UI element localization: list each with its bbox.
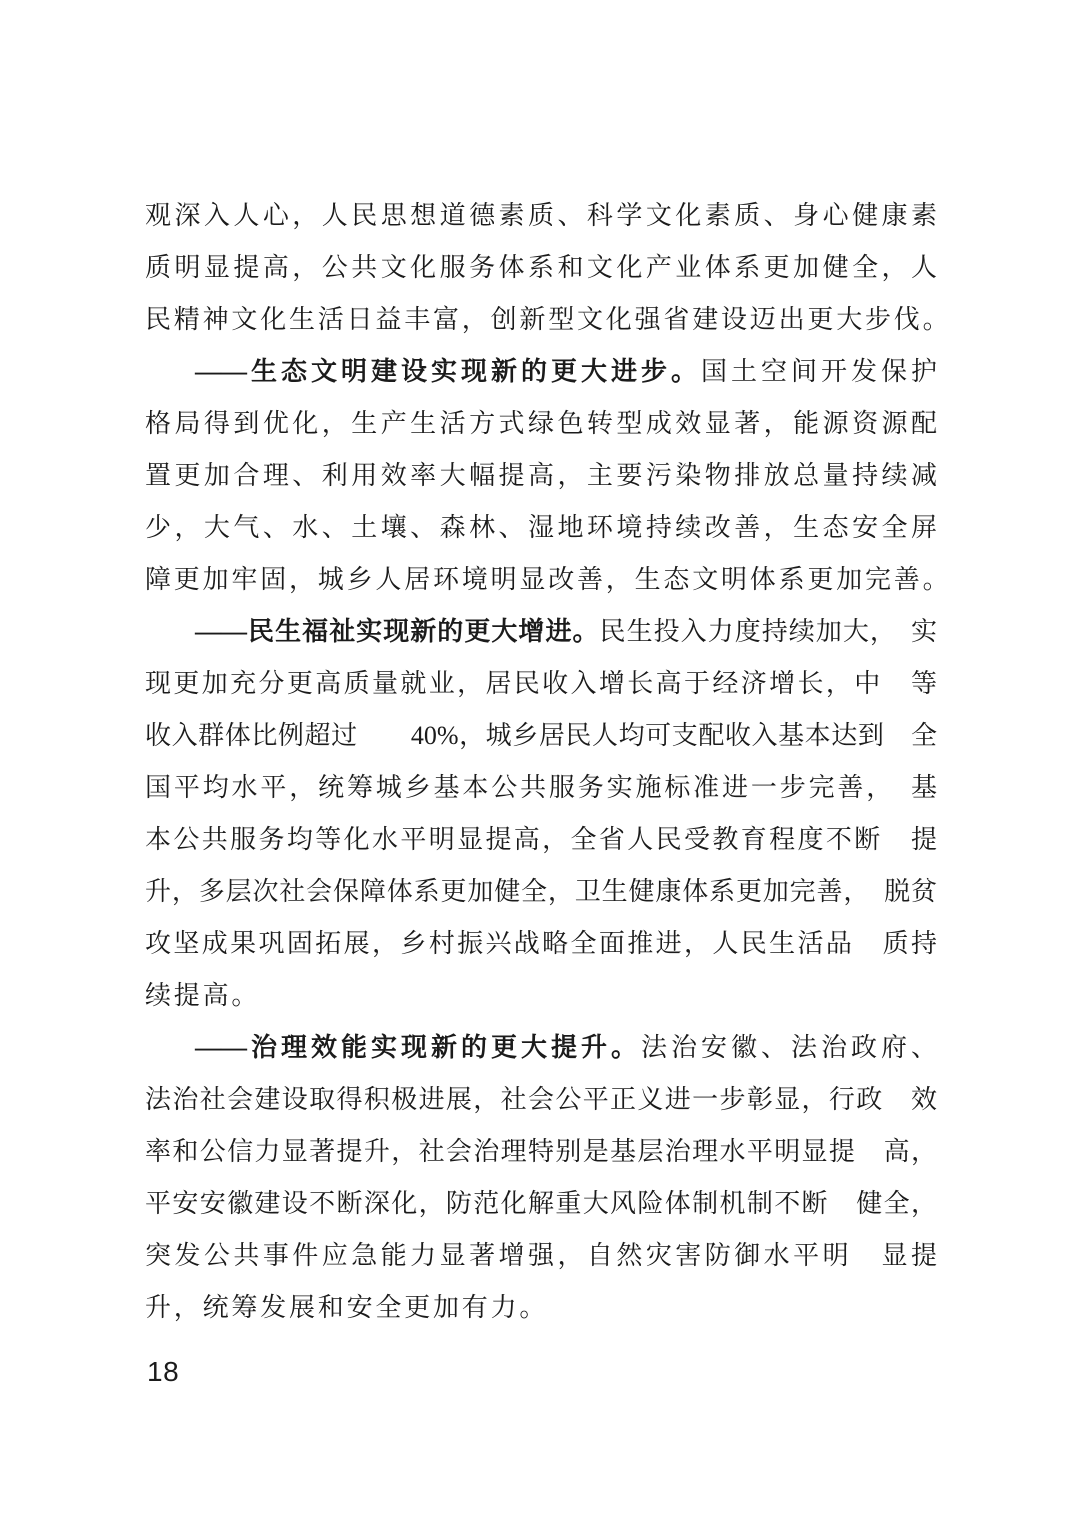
- paragraph-livelihood: ——民生福祉实现新的更大增进。民生投入力度持续加大， 实 现更加充分更高质量就业…: [145, 606, 937, 1022]
- text-line: 本公共服务均等化水平明显提高，全省人民受教育程度不断 提: [145, 814, 937, 866]
- page-number: 18: [147, 1352, 179, 1392]
- text-line: ——治理效能实现新的更大提升。法治安徽、法治政府、: [145, 1022, 937, 1074]
- text-line: 观深入人心，人民思想道德素质、科学文化素质、身心健康素: [145, 190, 937, 242]
- text-line: 少，大气、水、土壤、森林、湿地环境持续改善，生态安全屏: [145, 502, 937, 554]
- text-line: 置更加合理、利用效率大幅提高，主要污染物排放总量持续减: [145, 450, 937, 502]
- text-line: 法治社会建设取得积极进展，社会公平正义进一步彰显，行政 效: [145, 1074, 937, 1126]
- document-page: 观深入人心，人民思想道德素质、科学文化素质、身心健康素 质明显提高，公共文化服务…: [0, 0, 1080, 1527]
- text-line: 收入群体比例超过 40%，城乡居民人均可支配收入基本达到 全: [145, 710, 937, 762]
- text-line: 民精神文化生活日益丰富，创新型文化强省建设迈出更大步伐。: [145, 294, 937, 346]
- section-heading-governance: ——治理效能实现新的更大提升。: [195, 1033, 641, 1062]
- paragraph-culture: 观深入人心，人民思想道德素质、科学文化素质、身心健康素 质明显提高，公共文化服务…: [145, 190, 937, 346]
- text-run: 民生投入力度持续加大， 实: [600, 617, 937, 646]
- text-line: 质明显提高，公共文化服务体系和文化产业体系更加健全，人: [145, 242, 937, 294]
- text-line: 率和公信力显著提升，社会治理特别是基层治理水平明显提 高，: [145, 1126, 937, 1178]
- text-line: 障更加牢固，城乡人居环境明显改善，生态文明体系更加完善。: [145, 554, 937, 606]
- paragraph-ecology: ——生态文明建设实现新的更大进步。国土空间开发保护 格局得到优化，生产生活方式绿…: [145, 346, 937, 606]
- text-line: 升，统筹发展和安全更加有力。: [145, 1282, 937, 1334]
- text-line: 升，多层次社会保障体系更加健全，卫生健康体系更加完善， 脱贫: [145, 866, 937, 918]
- page-body: 观深入人心，人民思想道德素质、科学文化素质、身心健康素 质明显提高，公共文化服务…: [145, 190, 937, 1334]
- paragraph-governance: ——治理效能实现新的更大提升。法治安徽、法治政府、 法治社会建设取得积极进展，社…: [145, 1022, 937, 1334]
- text-line: 续提高。: [145, 970, 937, 1022]
- text-line: 国平均水平，统筹城乡基本公共服务实施标准进一步完善， 基: [145, 762, 937, 814]
- text-run: 法治安徽、法治政府、: [641, 1033, 937, 1062]
- text-line: ——生态文明建设实现新的更大进步。国土空间开发保护: [145, 346, 937, 398]
- text-line: 突发公共事件应急能力显著增强，自然灾害防御水平明 显提: [145, 1230, 937, 1282]
- section-heading-livelihood: ——民生福祉实现新的更大增进。: [195, 617, 600, 646]
- text-line: ——民生福祉实现新的更大增进。民生投入力度持续加大， 实: [145, 606, 937, 658]
- section-heading-ecology: ——生态文明建设实现新的更大进步。: [195, 357, 701, 386]
- text-run: 国土空间开发保护: [701, 357, 937, 386]
- text-line: 平安安徽建设不断深化，防范化解重大风险体制机制不断 健全，: [145, 1178, 937, 1230]
- text-line: 攻坚成果巩固拓展，乡村振兴战略全面推进，人民生活品 质持: [145, 918, 937, 970]
- text-line: 现更加充分更高质量就业，居民收入增长高于经济增长，中 等: [145, 658, 937, 710]
- text-line: 格局得到优化，生产生活方式绿色转型成效显著，能源资源配: [145, 398, 937, 450]
